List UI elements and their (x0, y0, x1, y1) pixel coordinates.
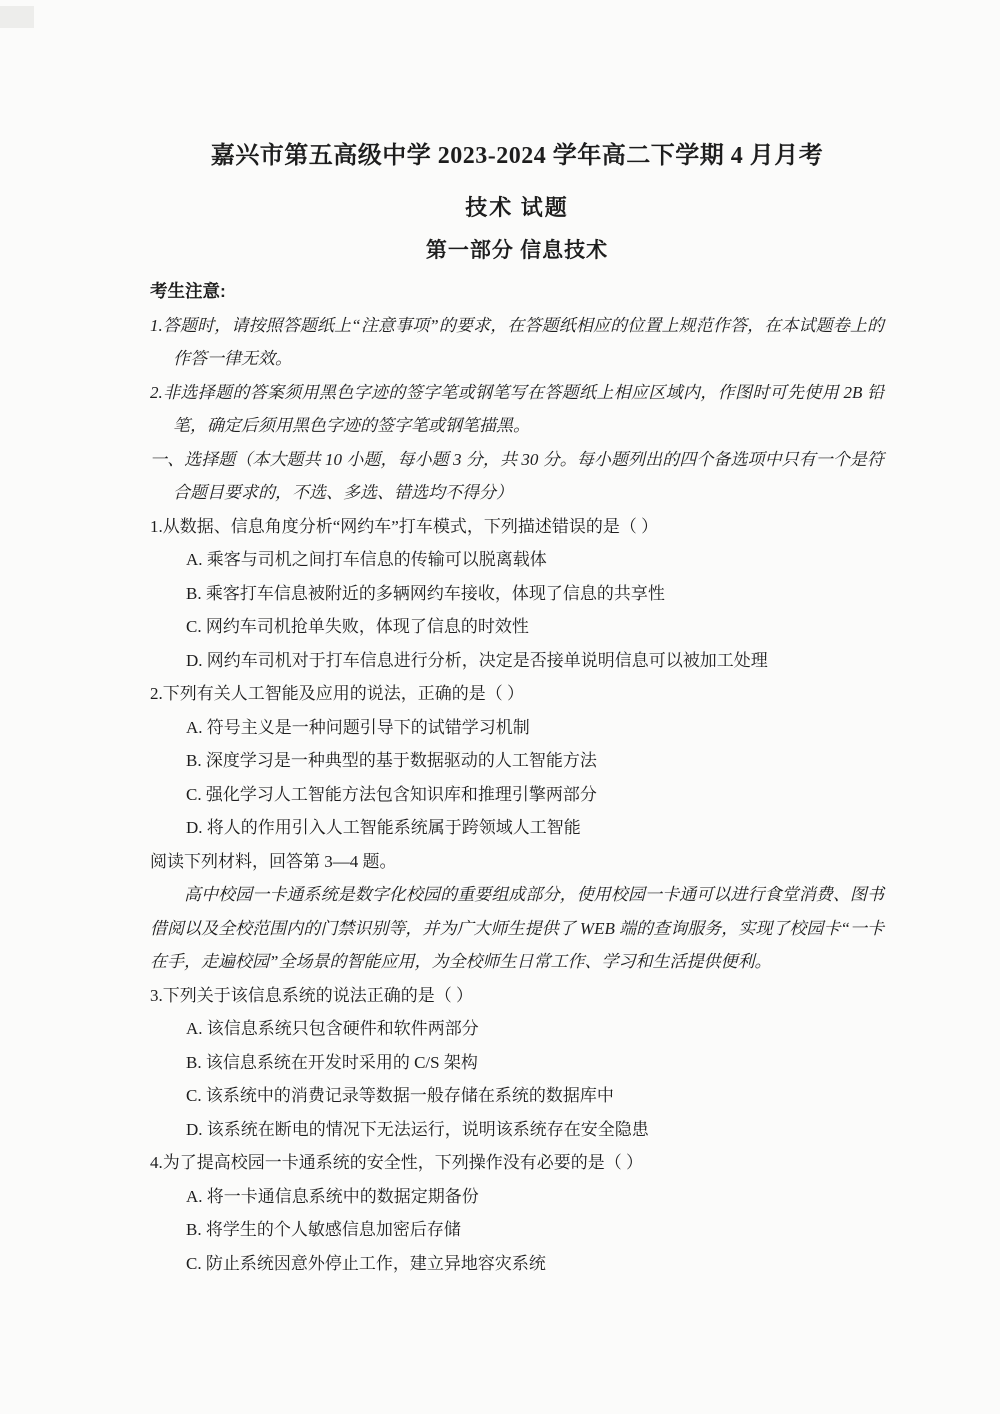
question-1: 1.从数据、信息角度分析“网约车”打车模式，下列描述错误的是（ ） A. 乘客与… (150, 510, 884, 678)
question-1-stem: 1.从数据、信息角度分析“网约车”打车模式，下列描述错误的是（ ） (150, 510, 884, 544)
reading-material-intro: 阅读下列材料，回答第 3—4 题。 (150, 845, 884, 879)
reading-material-block: 阅读下列材料，回答第 3—4 题。 高中校园一卡通系统是数字化校园的重要组成部分… (150, 845, 884, 979)
question-3-stem: 3.下列关于该信息系统的说法正确的是（ ） (150, 979, 884, 1013)
candidate-notice-block: 考生注意: 1.答题时，请按照答题纸上“注意事项”的要求，在答题纸相应的位置上规… (150, 275, 884, 443)
question-3-option-b: B. 该信息系统在开发时采用的 C/S 架构 (150, 1046, 884, 1080)
question-3-option-d: D. 该系统在断电的情况下无法运行，说明该系统存在安全隐患 (150, 1113, 884, 1147)
section-one-heading: 一、选择题（本大题共 10 小题，每小题 3 分，共 30 分。每小题列出的四个… (150, 443, 884, 510)
question-2-option-c: C. 强化学习人工智能方法包含知识库和推理引擎两部分 (150, 778, 884, 812)
part-one-heading: 第一部分 信息技术 (150, 236, 884, 264)
page-content: 嘉兴市第五高级中学 2023-2024 学年高二下学期 4 月月考 技术 试题 … (0, 0, 1000, 1280)
paper-title: 嘉兴市第五高级中学 2023-2024 学年高二下学期 4 月月考 (150, 140, 884, 172)
question-4-option-a: A. 将一卡通信息系统中的数据定期备份 (150, 1180, 884, 1214)
question-4-option-c: C. 防止系统因意外停止工作，建立异地容灾系统 (150, 1247, 884, 1281)
reading-material-paragraph: 高中校园一卡通系统是数字化校园的重要组成部分，使用校园一卡通可以进行食堂消费、图… (150, 878, 884, 979)
question-2-option-d: D. 将人的作用引入人工智能系统属于跨领域人工智能 (150, 811, 884, 845)
question-3-option-a: A. 该信息系统只包含硬件和软件两部分 (150, 1012, 884, 1046)
question-3-option-c: C. 该系统中的消费记录等数据一般存储在系统的数据库中 (150, 1079, 884, 1113)
question-1-option-a: A. 乘客与司机之间打车信息的传输可以脱离载体 (150, 543, 884, 577)
question-2-option-b: B. 深度学习是一种典型的基于数据驱动的人工智能方法 (150, 744, 884, 778)
question-4: 4.为了提高校园一卡通系统的安全性，下列操作没有必要的是（ ） A. 将一卡通信… (150, 1146, 884, 1280)
question-3: 3.下列关于该信息系统的说法正确的是（ ） A. 该信息系统只包含硬件和软件两部… (150, 979, 884, 1147)
question-2-stem: 2.下列有关人工智能及应用的说法，正确的是（ ） (150, 677, 884, 711)
question-1-option-d: D. 网约车司机对于打车信息进行分析，决定是否接单说明信息可以被加工处理 (150, 644, 884, 678)
paper-subtitle: 技术 试题 (150, 193, 884, 223)
question-1-option-c: C. 网约车司机抢单失败，体现了信息的时效性 (150, 610, 884, 644)
notice-item-2: 2.非选择题的答案须用黑色字迹的签字笔或钢笔写在答题纸上相应区域内，作图时可先使… (150, 376, 884, 443)
scan-smudge (0, 6, 34, 28)
notice-label: 考生注意: (150, 275, 884, 309)
notice-item-1: 1.答题时，请按照答题纸上“注意事项”的要求，在答题纸相应的位置上规范作答，在本… (150, 309, 884, 376)
question-4-option-b: B. 将学生的个人敏感信息加密后存储 (150, 1213, 884, 1247)
exam-paper-page: 嘉兴市第五高级中学 2023-2024 学年高二下学期 4 月月考 技术 试题 … (0, 0, 1000, 1414)
question-4-stem: 4.为了提高校园一卡通系统的安全性，下列操作没有必要的是（ ） (150, 1146, 884, 1180)
question-2: 2.下列有关人工智能及应用的说法，正确的是（ ） A. 符号主义是一种问题引导下… (150, 677, 884, 845)
question-1-option-b: B. 乘客打车信息被附近的多辆网约车接收，体现了信息的共享性 (150, 577, 884, 611)
question-2-option-a: A. 符号主义是一种问题引导下的试错学习机制 (150, 711, 884, 745)
